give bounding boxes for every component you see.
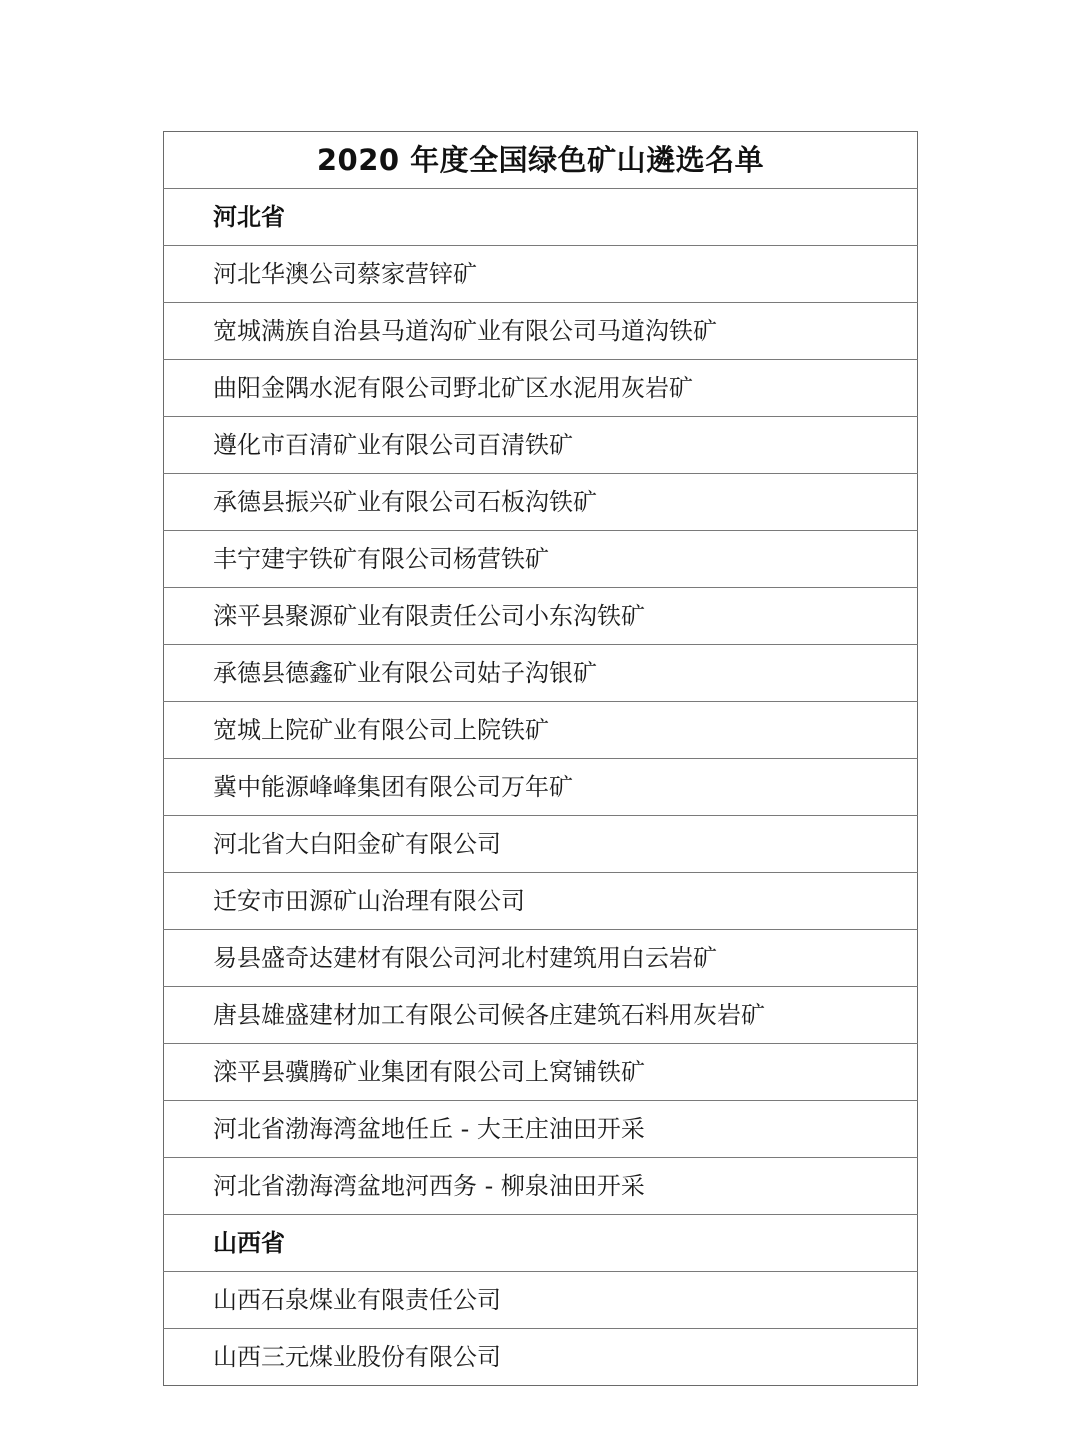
- province-row: 河北省: [164, 189, 918, 246]
- table-row: 丰宁建宇铁矿有限公司杨营铁矿: [164, 531, 918, 588]
- table-row: 承德县振兴矿业有限公司石板沟铁矿: [164, 474, 918, 531]
- table-row: 冀中能源峰峰集团有限公司万年矿: [164, 759, 918, 816]
- table-row: 宽城上院矿业有限公司上院铁矿: [164, 702, 918, 759]
- table-row: 曲阳金隅水泥有限公司野北矿区水泥用灰岩矿: [164, 360, 918, 417]
- province-heading-shanxi: 山西省: [164, 1215, 918, 1272]
- table-row: 承德县德鑫矿业有限公司姑子沟银矿: [164, 645, 918, 702]
- mine-entry: 丰宁建宇铁矿有限公司杨营铁矿: [164, 531, 918, 588]
- province-heading-hebei: 河北省: [164, 189, 918, 246]
- mine-entry: 河北省大白阳金矿有限公司: [164, 816, 918, 873]
- table-row: 河北省渤海湾盆地河西务 - 柳泉油田开采: [164, 1158, 918, 1215]
- table-row: 滦平县聚源矿业有限责任公司小东沟铁矿: [164, 588, 918, 645]
- mine-entry: 河北华澳公司蔡家营锌矿: [164, 246, 918, 303]
- table-row: 滦平县骥腾矿业集团有限公司上窝铺铁矿: [164, 1044, 918, 1101]
- table-row: 宽城满族自治县马道沟矿业有限公司马道沟铁矿: [164, 303, 918, 360]
- green-mines-list-table: 2020 年度全国绿色矿山遴选名单 河北省 河北华澳公司蔡家营锌矿 宽城满族自治…: [163, 131, 918, 1386]
- mine-entry: 唐县雄盛建材加工有限公司候各庄建筑石料用灰岩矿: [164, 987, 918, 1044]
- province-row: 山西省: [164, 1215, 918, 1272]
- mine-entry: 宽城满族自治县马道沟矿业有限公司马道沟铁矿: [164, 303, 918, 360]
- mine-entry: 河北省渤海湾盆地河西务 - 柳泉油田开采: [164, 1158, 918, 1215]
- table-row: 河北省渤海湾盆地任丘 - 大王庄油田开采: [164, 1101, 918, 1158]
- mine-entry: 滦平县骥腾矿业集团有限公司上窝铺铁矿: [164, 1044, 918, 1101]
- mine-entry: 河北省渤海湾盆地任丘 - 大王庄油田开采: [164, 1101, 918, 1158]
- mine-entry: 遵化市百清矿业有限公司百清铁矿: [164, 417, 918, 474]
- mine-entry: 承德县振兴矿业有限公司石板沟铁矿: [164, 474, 918, 531]
- table-row: 河北华澳公司蔡家营锌矿: [164, 246, 918, 303]
- title-row: 2020 年度全国绿色矿山遴选名单: [164, 132, 918, 189]
- table-row: 山西石泉煤业有限责任公司: [164, 1272, 918, 1329]
- mine-entry: 曲阳金隅水泥有限公司野北矿区水泥用灰岩矿: [164, 360, 918, 417]
- table-row: 唐县雄盛建材加工有限公司候各庄建筑石料用灰岩矿: [164, 987, 918, 1044]
- table-row: 遵化市百清矿业有限公司百清铁矿: [164, 417, 918, 474]
- mine-entry: 滦平县聚源矿业有限责任公司小东沟铁矿: [164, 588, 918, 645]
- mine-entry: 承德县德鑫矿业有限公司姑子沟银矿: [164, 645, 918, 702]
- mine-entry: 冀中能源峰峰集团有限公司万年矿: [164, 759, 918, 816]
- mine-entry: 山西三元煤业股份有限公司: [164, 1329, 918, 1386]
- mine-entry: 迁安市田源矿山治理有限公司: [164, 873, 918, 930]
- table-row: 迁安市田源矿山治理有限公司: [164, 873, 918, 930]
- table-row: 易县盛奇达建材有限公司河北村建筑用白云岩矿: [164, 930, 918, 987]
- table-row: 河北省大白阳金矿有限公司: [164, 816, 918, 873]
- document-title: 2020 年度全国绿色矿山遴选名单: [164, 132, 918, 189]
- mine-entry: 山西石泉煤业有限责任公司: [164, 1272, 918, 1329]
- table-row: 山西三元煤业股份有限公司: [164, 1329, 918, 1386]
- mine-entry: 宽城上院矿业有限公司上院铁矿: [164, 702, 918, 759]
- mine-entry: 易县盛奇达建材有限公司河北村建筑用白云岩矿: [164, 930, 918, 987]
